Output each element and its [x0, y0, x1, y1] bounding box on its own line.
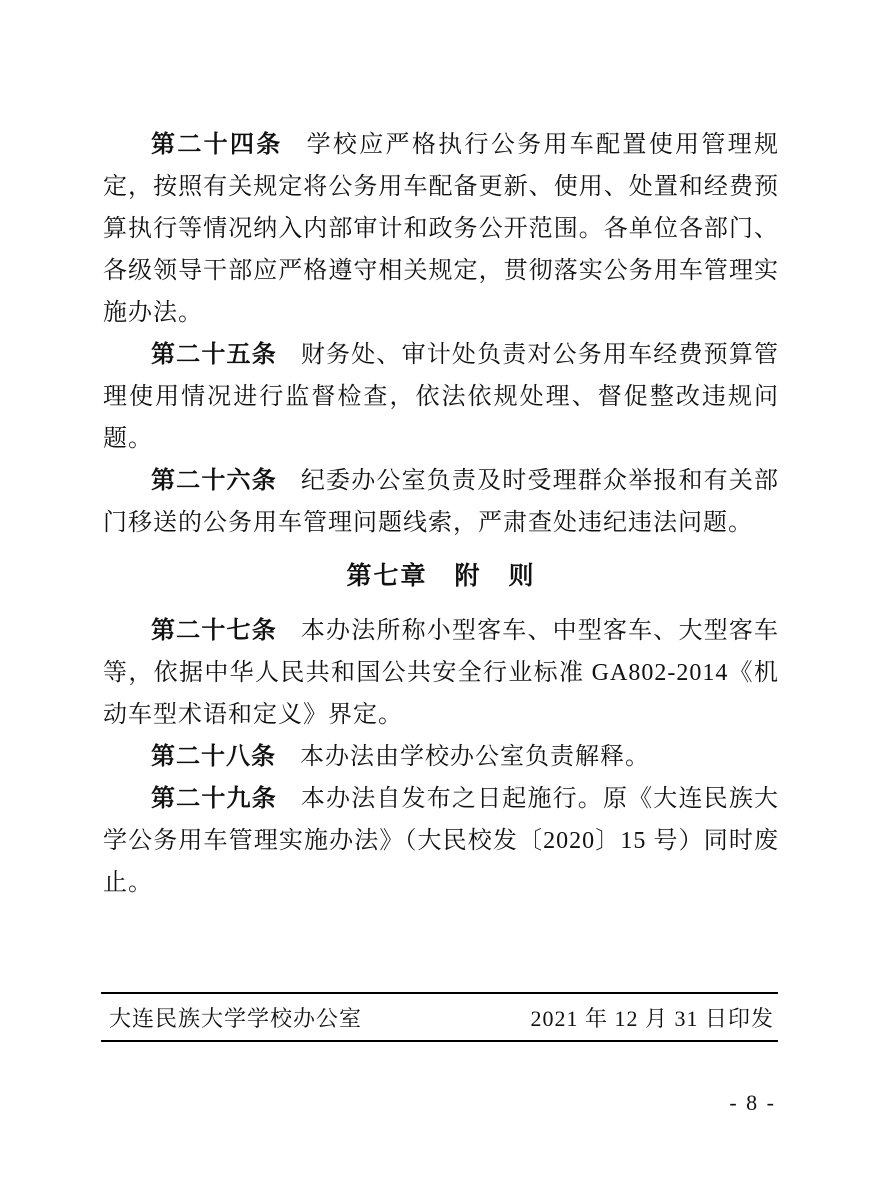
- article-29-number: 第二十九条: [151, 785, 301, 812]
- article-27-paragraph: 第二十七条本办法所称小型客车、中型客车、大型客车等，依据中华人民共和国公共安全行…: [103, 610, 779, 736]
- page-number: - 8 -: [729, 1090, 776, 1116]
- article-26-paragraph: 第二十六条纪委办公室负责及时受理群众举报和有关部门移送的公务用车管理问题线索，严…: [103, 460, 779, 544]
- chapter-heading: 第七章 附 则: [103, 555, 779, 597]
- colophon: 大连民族大学学校办公室 2021 年 12 月 31 日印发: [101, 992, 778, 1042]
- article-29-paragraph: 第二十九条本办法自发布之日起施行。原《大连民族大学公务用车管理实施办法》（大民校…: [103, 778, 779, 904]
- colophon-print-date: 2021 年 12 月 31 日印发: [530, 1002, 774, 1033]
- article-26-number: 第二十六条: [151, 467, 301, 494]
- document-page: 第二十四条学校应严格执行公务用车配置使用管理规定，按照有关规定将公务用车配备更新…: [0, 0, 880, 1194]
- article-27-number: 第二十七条: [151, 617, 301, 644]
- article-24-paragraph: 第二十四条学校应严格执行公务用车配置使用管理规定，按照有关规定将公务用车配备更新…: [103, 124, 779, 334]
- article-24-text: 学校应严格执行公务用车配置使用管理规定，按照有关规定将公务用车配备更新、使用、处…: [103, 132, 779, 326]
- article-25-paragraph: 第二十五条财务处、审计处负责对公务用车经费预算管理使用情况进行监督检查，依法依规…: [103, 334, 779, 460]
- article-28-number: 第二十八条: [151, 743, 300, 770]
- article-24-number: 第二十四条: [151, 131, 307, 158]
- article-28-text: 本办法由学校办公室负责解释。: [300, 744, 650, 770]
- article-28-paragraph: 第二十八条本办法由学校办公室负责解释。: [103, 736, 779, 778]
- document-body: 第二十四条学校应严格执行公务用车配置使用管理规定，按照有关规定将公务用车配备更新…: [103, 124, 779, 904]
- colophon-issuer: 大连民族大学学校办公室: [109, 1002, 362, 1033]
- article-25-number: 第二十五条: [151, 341, 301, 368]
